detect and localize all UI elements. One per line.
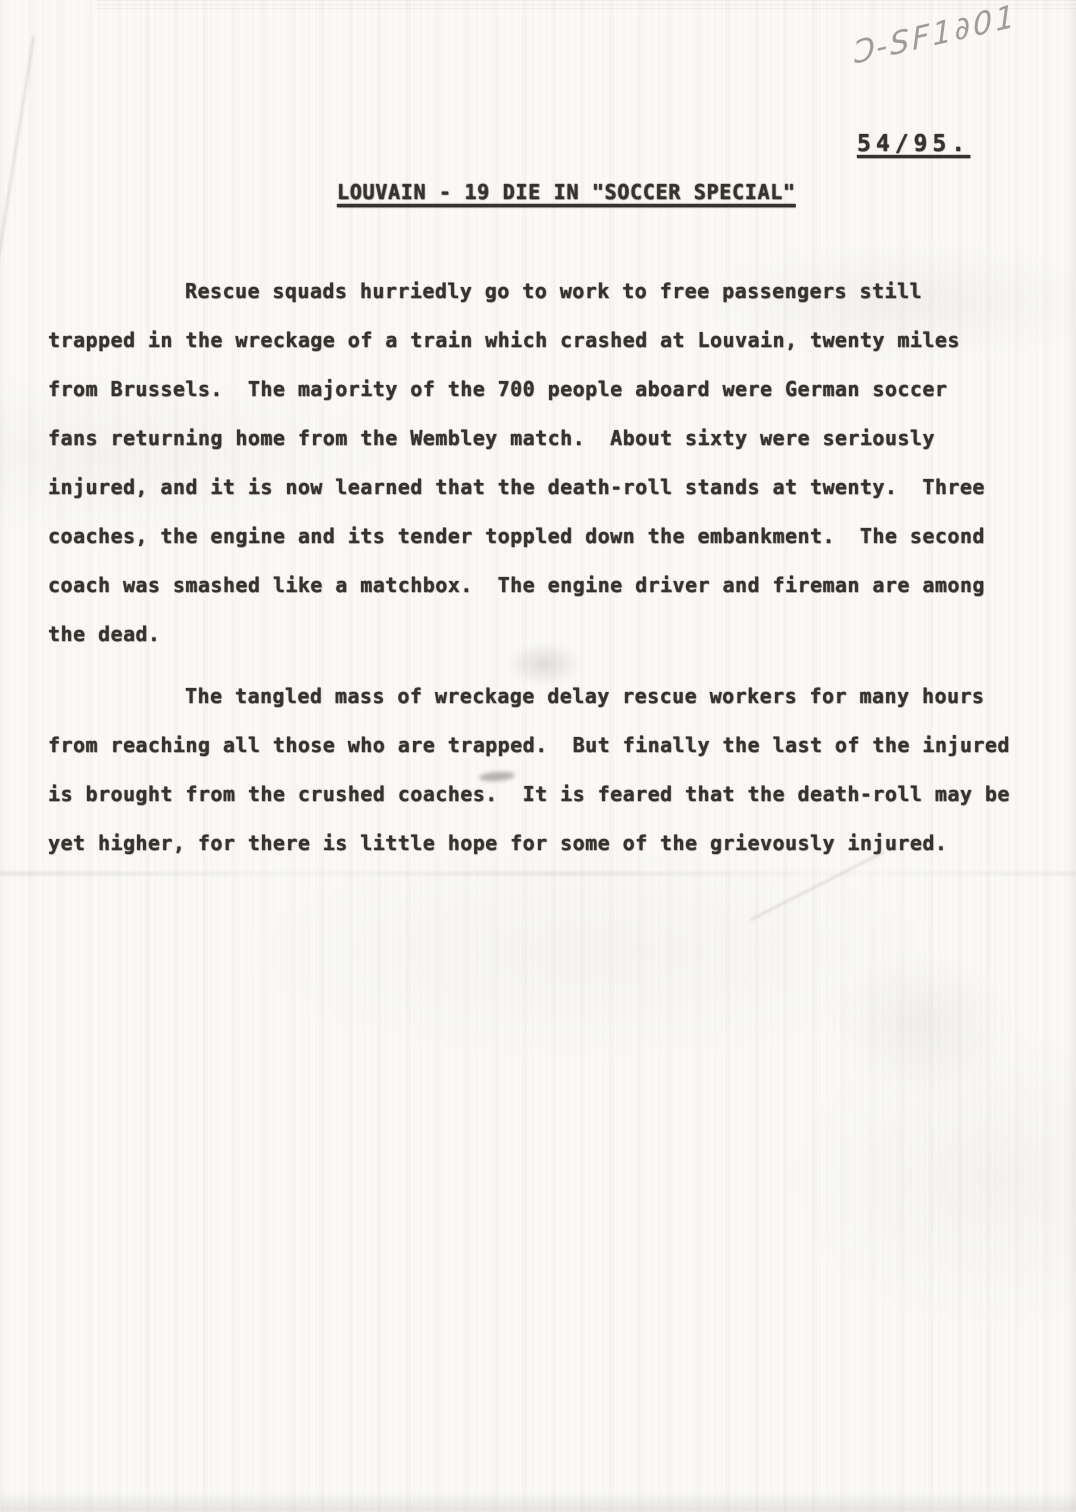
body-line: The tangled mass of wreckage delay rescu… [48, 683, 1028, 732]
body-line: yet higher, for there is little hope for… [48, 830, 1028, 879]
paragraph-1: Rescue squads hurriedly go to work to fr… [48, 278, 1028, 670]
body-line: the dead. [48, 621, 1028, 670]
body-line: coach was smashed like a matchbox. The e… [48, 572, 1028, 621]
document-body: Rescue squads hurriedly go to work to fr… [48, 278, 1028, 879]
body-line: fans returning home from the Wembley mat… [48, 425, 1028, 474]
paragraph-2: The tangled mass of wreckage delay rescu… [48, 683, 1028, 879]
body-line: injured, and it is now learned that the … [48, 474, 1028, 523]
scan-right-edge-shadow [1064, 0, 1076, 1512]
body-line: trapped in the wreckage of a train which… [48, 327, 1028, 376]
scan-top-edge-lines [95, 0, 1076, 9]
handwritten-annotation: Ɔ-SF1∂01 [851, 0, 1018, 72]
paper-stain [828, 948, 1018, 1098]
body-line: from reaching all those who are trapped.… [48, 732, 1028, 781]
reference-number: 54/95. [857, 131, 970, 157]
scanned-document-page: Ɔ-SF1∂01 54/95. LOUVAIN - 19 DIE IN "SOC… [0, 0, 1076, 1512]
body-line: coaches, the engine and its tender toppl… [48, 523, 1028, 572]
scan-bottom-edge-shadow [0, 1492, 1076, 1512]
document-title: LOUVAIN - 19 DIE IN "SOCCER SPECIAL" [337, 180, 796, 204]
body-line: from Brussels. The majority of the 700 p… [48, 376, 1028, 425]
body-line: is brought from the crushed coaches. It … [48, 781, 1028, 830]
paper-crease-top-left [0, 35, 35, 272]
body-line: Rescue squads hurriedly go to work to fr… [48, 278, 1028, 327]
